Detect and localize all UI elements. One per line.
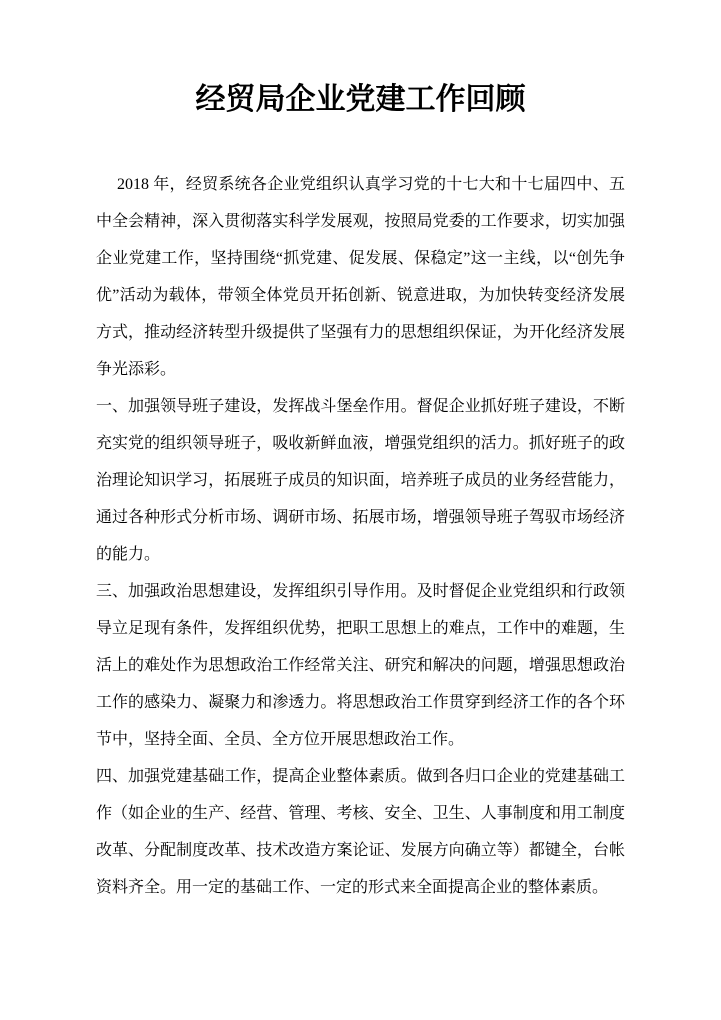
document-body: 2018 年，经贸系统各企业党组织认真学习党的十七大和十七届四中、五中全会精神，…: [96, 166, 625, 906]
paragraph: 三、加强政治思想建设，发挥组织引导作用。及时督促企业党组织和行政领导立足现有条件…: [96, 573, 625, 758]
paragraph: 一、加强领导班子建设，发挥战斗堡垒作用。督促企业抓好班子建设，不断充实党的组织领…: [96, 388, 625, 573]
paragraph: 2018 年，经贸系统各企业党组织认真学习党的十七大和十七届四中、五中全会精神，…: [96, 166, 625, 388]
paragraph: 四、加强党建基础工作，提高企业整体素质。做到各归口企业的党建基础工作（如企业的生…: [96, 758, 625, 906]
document-page: 经贸局企业党建工作回顾 2018 年，经贸系统各企业党组织认真学习党的十七大和十…: [0, 0, 721, 1020]
document-title: 经贸局企业党建工作回顾: [0, 82, 721, 118]
